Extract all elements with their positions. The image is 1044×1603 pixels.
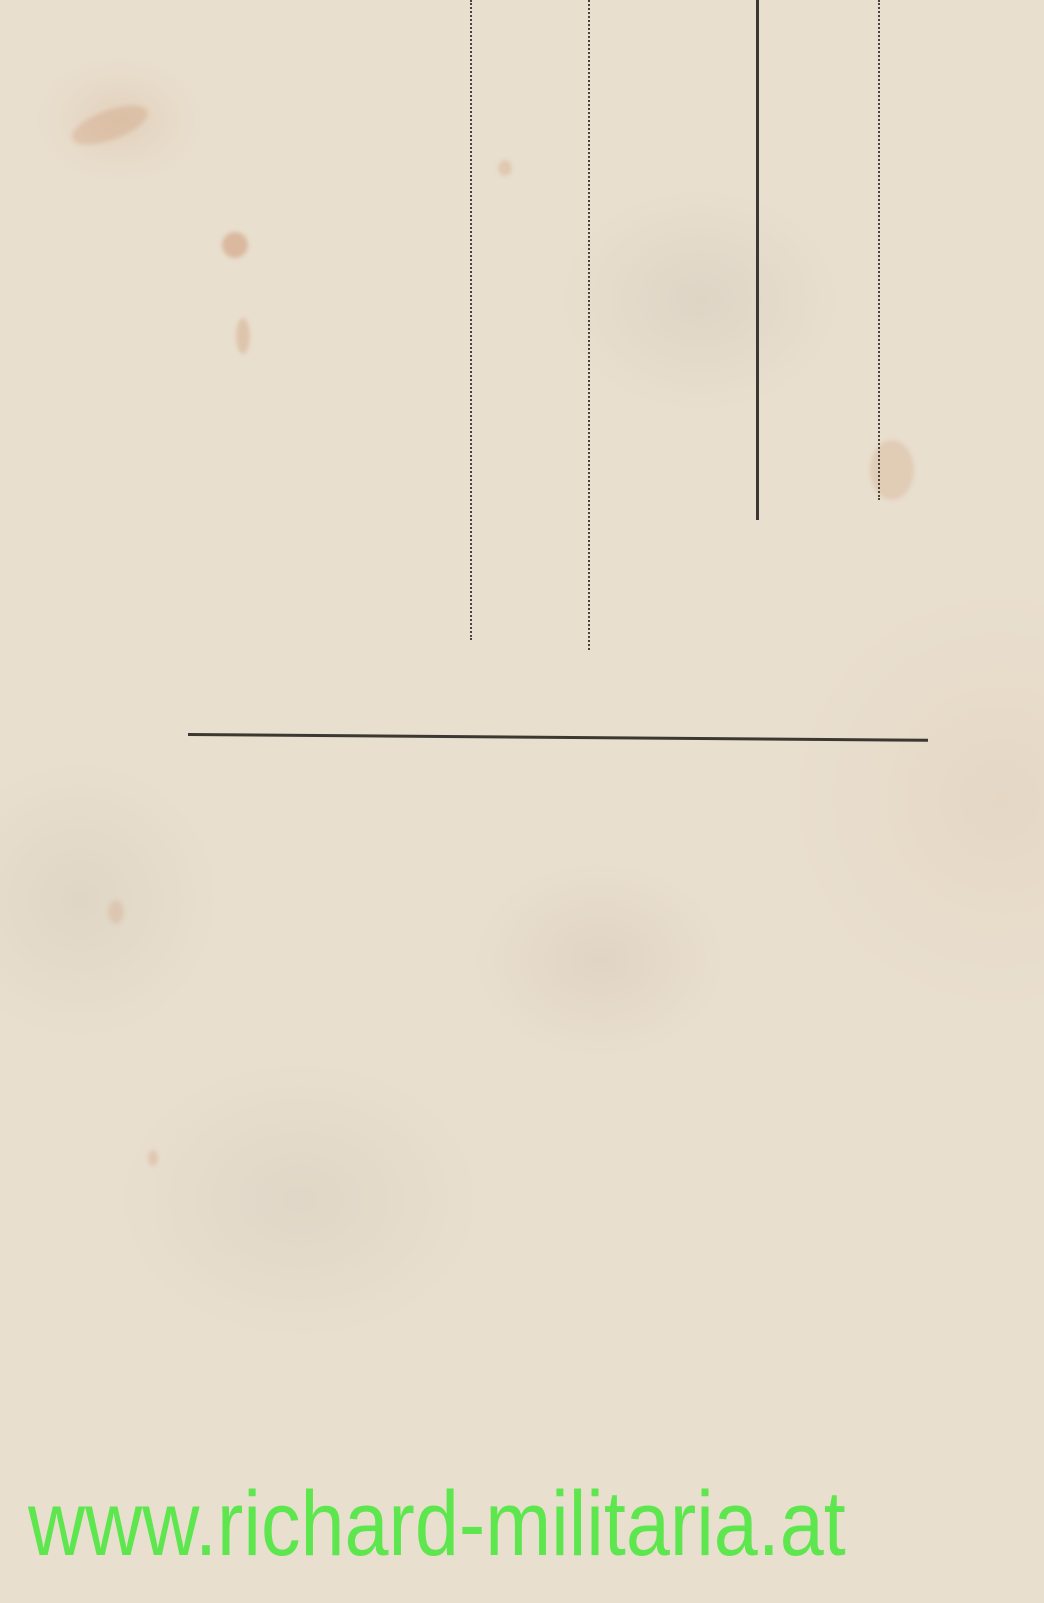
stain <box>222 232 248 258</box>
stain <box>148 1150 158 1166</box>
stain <box>870 440 914 500</box>
postcard-back: www.richard-militaria.at <box>0 0 1044 1603</box>
stain <box>108 900 124 924</box>
stain <box>236 318 250 354</box>
stain <box>498 160 512 176</box>
stamp-box-dotted <box>878 0 880 500</box>
stain <box>67 97 152 153</box>
stamp-box-line <box>756 0 759 520</box>
horizontal-divider <box>188 733 928 742</box>
watermark: www.richard-militaria.at <box>28 1478 846 1570</box>
address-divider-dotted-2 <box>588 0 590 650</box>
address-divider-dotted-1 <box>470 0 472 640</box>
